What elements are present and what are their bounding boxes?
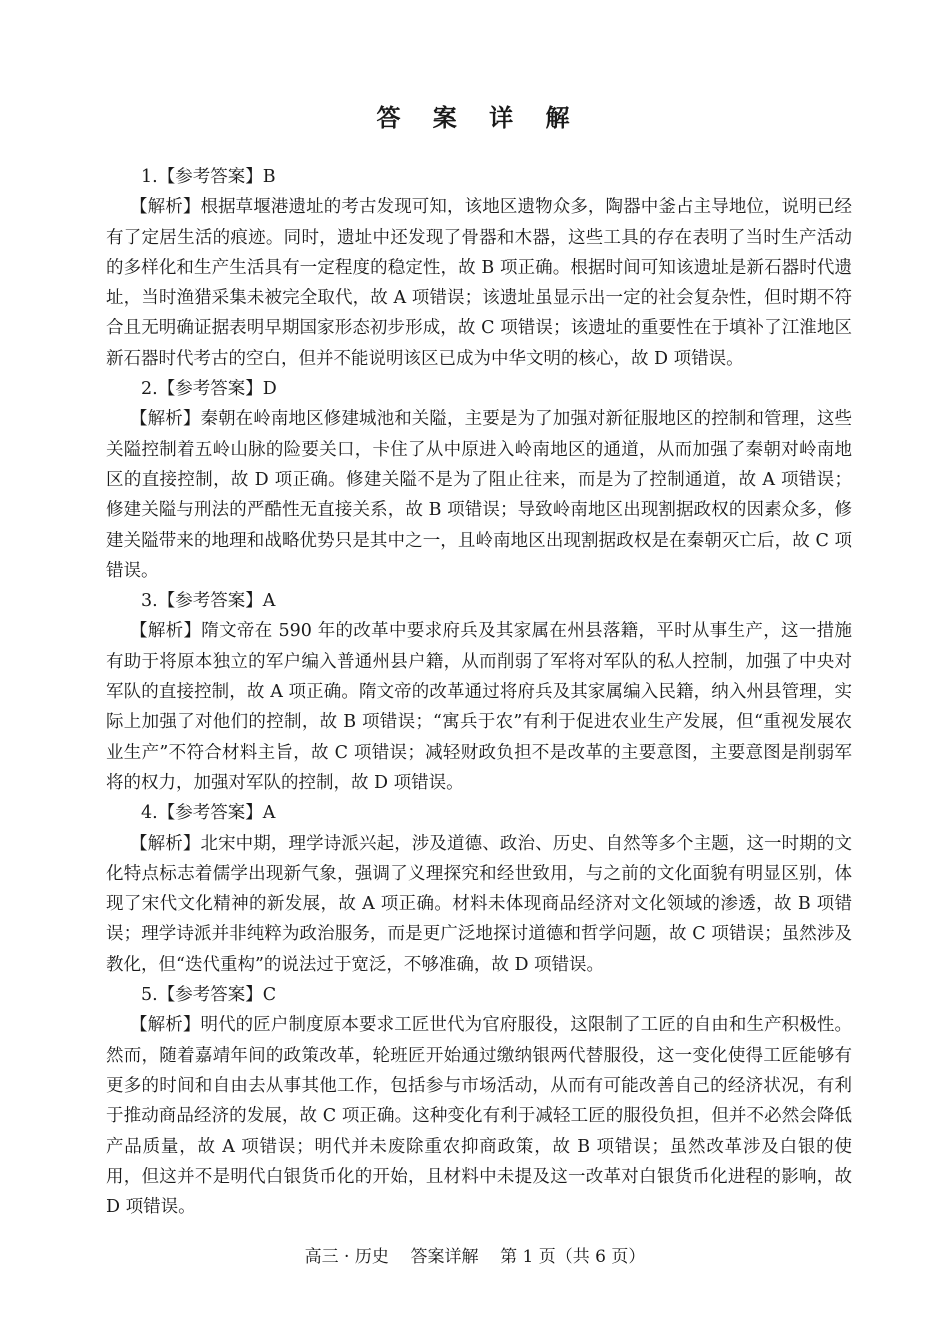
question-number: 5. xyxy=(141,985,158,1005)
question-block-5: 5.【参考答案】C 【解析】明代的匠户制度原本要求工匠世代为官府服役，这限制了工… xyxy=(106,980,852,1222)
answer-line: 1.【参考答案】B xyxy=(106,162,852,192)
analysis-label: 【解析】 xyxy=(130,834,200,854)
question-block-2: 2.【参考答案】D 【解析】秦朝在岭南地区修建城池和关隘，主要是为了加强对新征服… xyxy=(106,374,852,586)
analysis-text: 北宋中期，理学诗派兴起，涉及道德、政治、历史、自然等多个主题，这一时期的文化特点… xyxy=(106,834,852,975)
analysis-paragraph: 【解析】隋文帝在 590 年的改革中要求府兵及其家属在州县落籍，平时从事生产，这… xyxy=(106,616,852,798)
analysis-text: 根据草堰港遗址的考古发现可知，该地区遗物众多，陶器中釜占主导地位，说明已经有了定… xyxy=(106,197,852,368)
analysis-text: 明代的匠户制度原本要求工匠世代为官府服役，这限制了工匠的自由和生产积极性。然而，… xyxy=(106,1015,852,1217)
answer-value: D xyxy=(263,379,277,399)
analysis-paragraph: 【解析】明代的匠户制度原本要求工匠世代为官府服役，这限制了工匠的自由和生产积极性… xyxy=(106,1010,852,1222)
answer-value: B xyxy=(263,167,276,187)
analysis-text: 隋文帝在 590 年的改革中要求府兵及其家属在州县落籍，平时从事生产，这一措施有… xyxy=(106,621,852,792)
answer-value: C xyxy=(263,985,276,1005)
answer-line: 5.【参考答案】C xyxy=(106,980,852,1010)
analysis-text: 秦朝在岭南地区修建城池和关隘，主要是为了加强对新征服地区的控制和管理，这些关隘控… xyxy=(106,409,852,580)
answer-content: 1.【参考答案】B 【解析】根据草堰港遗址的考古发现可知，该地区遗物众多，陶器中… xyxy=(106,162,852,1222)
analysis-paragraph: 【解析】秦朝在岭南地区修建城池和关隘，主要是为了加强对新征服地区的控制和管理，这… xyxy=(106,404,852,586)
question-number: 1. xyxy=(141,167,158,187)
answer-label: 【参考答案】 xyxy=(158,591,263,611)
analysis-label: 【解析】 xyxy=(130,197,200,217)
page-title: 答 案 详 解 xyxy=(106,100,852,136)
question-block-3: 3.【参考答案】A 【解析】隋文帝在 590 年的改革中要求府兵及其家属在州县落… xyxy=(106,586,852,798)
answer-line: 4.【参考答案】A xyxy=(106,798,852,828)
page-footer: 高三 · 历史 答案详解 第 1 页（共 6 页） xyxy=(0,1244,950,1270)
answer-label: 【参考答案】 xyxy=(158,985,263,1005)
question-number: 3. xyxy=(141,591,158,611)
analysis-label: 【解析】 xyxy=(130,621,201,641)
analysis-label: 【解析】 xyxy=(130,1015,200,1035)
answer-value: A xyxy=(263,591,276,611)
answer-label: 【参考答案】 xyxy=(158,803,263,823)
footer-subject: 高三 · 历史 xyxy=(305,1247,389,1267)
question-number: 4. xyxy=(141,803,158,823)
answer-label: 【参考答案】 xyxy=(158,167,263,187)
analysis-label: 【解析】 xyxy=(130,409,200,429)
footer-page-info: 第 1 页（共 6 页） xyxy=(500,1247,645,1267)
answer-label: 【参考答案】 xyxy=(158,379,263,399)
analysis-paragraph: 【解析】北宋中期，理学诗派兴起，涉及道德、政治、历史、自然等多个主题，这一时期的… xyxy=(106,829,852,980)
question-block-1: 1.【参考答案】B 【解析】根据草堰港遗址的考古发现可知，该地区遗物众多，陶器中… xyxy=(106,162,852,374)
question-block-4: 4.【参考答案】A 【解析】北宋中期，理学诗派兴起，涉及道德、政治、历史、自然等… xyxy=(106,798,852,980)
answer-value: A xyxy=(263,803,276,823)
question-number: 2. xyxy=(141,379,158,399)
footer-doc-name: 答案详解 xyxy=(410,1247,478,1267)
answer-line: 3.【参考答案】A xyxy=(106,586,852,616)
analysis-paragraph: 【解析】根据草堰港遗址的考古发现可知，该地区遗物众多，陶器中釜占主导地位，说明已… xyxy=(106,192,852,374)
answer-line: 2.【参考答案】D xyxy=(106,374,852,404)
